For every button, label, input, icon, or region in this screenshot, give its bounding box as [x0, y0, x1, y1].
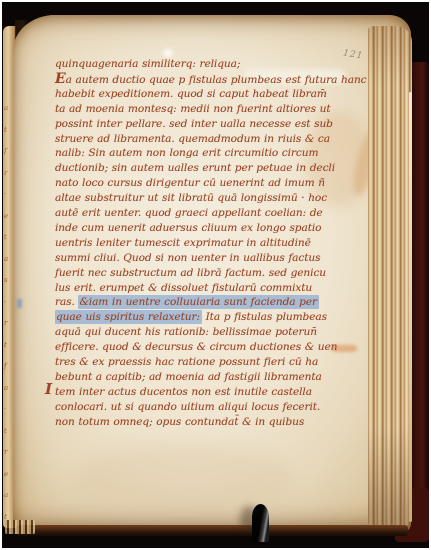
- facing-page-glyph-fragment: t: [4, 233, 7, 241]
- line-text: quinquagenaria similiterq: reliqua;: [55, 58, 240, 70]
- line-text: lus erit. erumpet & dissoluet fistularū …: [55, 282, 312, 294]
- page-bottom-rim: [16, 525, 408, 536]
- facing-page-glyph-fragment: r: [4, 168, 8, 176]
- page-bottom-fringe: [5, 520, 35, 534]
- line-text: inde cum uenerit aduersus cliuum ex long…: [55, 222, 321, 234]
- fore-edge-page-stack: [368, 26, 412, 528]
- text-line: conlocari. ut si quando uitium aliqui lo…: [55, 400, 320, 415]
- facing-page-glyph-fragment: a: [4, 384, 8, 392]
- text-line: tres & ex praessis hac ratione possunt f…: [55, 355, 318, 370]
- text-line: aquā qui ducent his rationib: bellissima…: [55, 325, 317, 340]
- text-line: quinquagenaria similiterq: reliqua;: [55, 57, 240, 72]
- facing-page-glyph-fragment: ·: [4, 405, 7, 413]
- facing-page-glyph-fragment: a: [4, 491, 9, 499]
- line-text: a autem ductio quae p fistulas plumbeas …: [66, 74, 367, 86]
- line-text: ductionib; sin autem ualles erunt per pe…: [55, 162, 335, 174]
- text-line: summi cliui. Quod si non uenter in ualli…: [55, 251, 320, 266]
- text-line: nato loco cursus dirigentur cū uenerint …: [55, 176, 325, 191]
- text-line: ras. &iam in uentre colluuiaria sunt fac…: [55, 295, 319, 310]
- facing-page-glyph-fragment: ·: [4, 297, 7, 305]
- line-text: tres & ex praessis hac ratione possunt f…: [55, 356, 318, 368]
- text-line: bebunt a capitib; ad moenia ad fastigii …: [55, 370, 322, 385]
- line-text: ta ad moenia montesq: medii non fuerint …: [55, 103, 331, 115]
- facing-page-glyph-fragment: ſ: [4, 147, 7, 155]
- text-line: non totum omneq; opus contundat̄ & in qu…: [55, 415, 304, 430]
- blue-edge-mark: [17, 299, 22, 308]
- facing-page-glyph-fragment: a: [4, 255, 8, 263]
- line-initial: E: [55, 71, 66, 87]
- text-line: nalib: Sin autem non longa erit circumit…: [55, 146, 318, 161]
- facing-page-glyph-fragment: s: [4, 276, 8, 284]
- line-text: fuerit nec substructum ad librā factum. …: [55, 267, 326, 279]
- text-line: Item inter actus ducentos non est inutil…: [55, 385, 312, 400]
- text-line: lus erit. erumpet & dissoluet fistularū …: [55, 281, 312, 296]
- line-text: possint inter pellare. sed inter ualla n…: [55, 118, 333, 130]
- facing-page-glyph-fragment: f: [4, 362, 7, 370]
- facing-page-glyph-fragment: t: [4, 340, 7, 348]
- facing-page-glyph-fragment: ·: [4, 190, 6, 198]
- line-text: efficere. quod & decursus & circum ducti…: [55, 341, 337, 353]
- text-line: autē erit uenter. quod graeci appellant …: [55, 206, 323, 221]
- fore-edge-highlight: [409, 92, 412, 522]
- line-text: conlocari. ut si quando uitium aliqui lo…: [55, 401, 320, 413]
- highlight-segment: quae uis spiritus relaxetur:: [55, 310, 202, 324]
- line-text: ras.: [55, 296, 78, 308]
- line-text: habebit expeditionem. quod si caput habe…: [55, 88, 327, 100]
- text-line: uentris leniter tumescit exprimatur in a…: [55, 236, 311, 251]
- line-text: altae substruitur ut sit libratū quā lon…: [55, 192, 327, 204]
- line-text: nato loco cursus dirigentur cū uenerint …: [55, 177, 325, 189]
- facing-page-glyph-fragment: r: [4, 448, 7, 456]
- page-weight-clip: [252, 504, 269, 542]
- line-text: uentris leniter tumescit exprimatur in a…: [55, 237, 311, 249]
- text-line: habebit expeditionem. quod si caput habe…: [55, 87, 327, 102]
- screenshot-root: { "photo": { "description": "photograph …: [0, 0, 431, 550]
- line-text: tem inter actus ducentos non est inutile…: [55, 386, 312, 398]
- facing-page-glyph-fragment: t: [4, 126, 7, 134]
- facing-page-glyph-fragment: a: [4, 104, 9, 112]
- text-line: Ea autem ductio quae p fistulas plumbeas…: [55, 72, 367, 87]
- text-line: ta ad moenia montesq: medii non fuerint …: [55, 102, 331, 117]
- facing-page-glyph-fragment: t: [4, 426, 7, 434]
- line-text: aquā qui ducent his rationib: bellissima…: [55, 326, 317, 338]
- text-line: efficere. quod & decursus & circum ducti…: [55, 340, 337, 355]
- margin-initial: I: [45, 382, 52, 397]
- line-text: nalib: Sin autem non longa erit circumit…: [55, 147, 318, 159]
- text-line: quae uis spiritus relaxetur: Ita p fistu…: [55, 310, 327, 325]
- line-text: bebunt a capitib; ad moenia ad fastigii …: [55, 371, 322, 383]
- manuscript-photo: atſr·etas·rtfa·treat 121 quinquagenaria …: [2, 2, 429, 548]
- text-line: possint inter pellare. sed inter ualla n…: [55, 117, 333, 132]
- text-line: ductionib; sin autem ualles erunt per pe…: [55, 161, 335, 176]
- text-line: struere ad libramenta. quemadmodum in ri…: [55, 132, 330, 147]
- text-block: quinquagenaria similiterq: reliqua;Ea au…: [55, 2, 373, 462]
- line-text: Ita p fistulas plumbeas: [202, 311, 327, 323]
- line-text: summi cliui. Quod si non uenter in ualli…: [55, 252, 320, 264]
- text-line: fuerit nec substructum ad librā factum. …: [55, 266, 326, 281]
- facing-page-glyph-fragment: e: [4, 469, 9, 477]
- line-text: struere ad libramenta. quemadmodum in ri…: [55, 133, 330, 145]
- facing-page-glyph-fragment: e: [4, 211, 9, 219]
- facing-page-glyph-fragment: r: [4, 319, 7, 327]
- line-text: autē erit uenter. quod graeci appellant …: [55, 207, 323, 219]
- text-line: altae substruitur ut sit libratū quā lon…: [55, 191, 327, 206]
- highlight-segment: &iam in uentre colluuiaria sunt facienda…: [78, 295, 319, 309]
- text-line: inde cum uenerit aduersus cliuum ex long…: [55, 221, 321, 236]
- line-text: non totum omneq; opus contundat̄ & in qu…: [55, 416, 304, 428]
